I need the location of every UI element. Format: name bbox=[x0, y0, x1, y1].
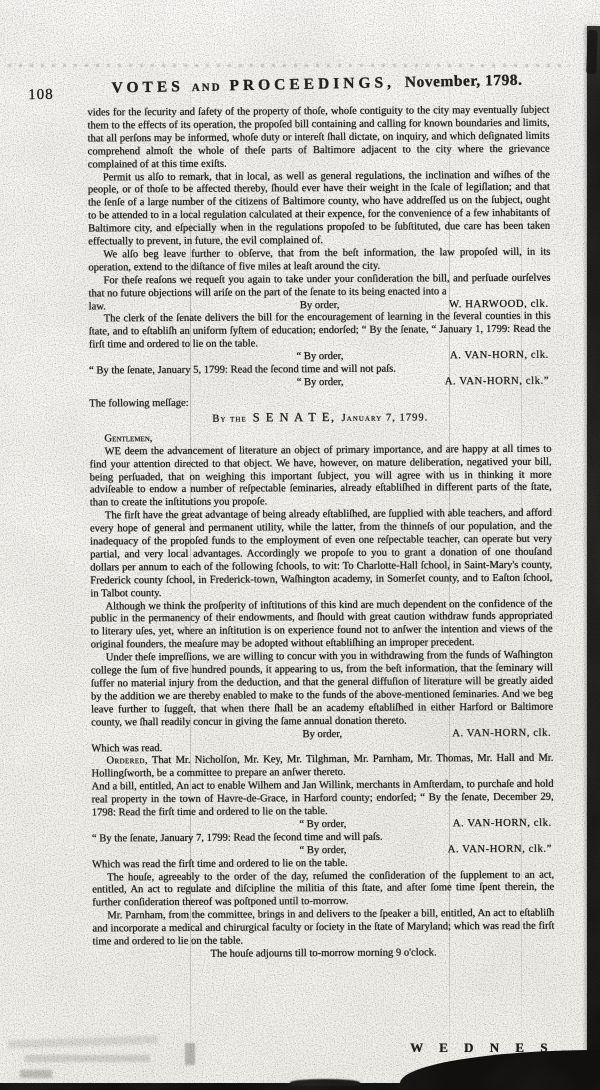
right-scan-band bbox=[587, 26, 600, 1090]
body-paragraph: For theſe reaſons we requeſt you again t… bbox=[88, 272, 550, 301]
scan-blob bbox=[586, 30, 598, 74]
body-paragraph: We alſo beg leave further to obſerve, th… bbox=[88, 247, 550, 276]
by-order-label: “ By order, bbox=[299, 845, 346, 858]
by-order-label: By order, bbox=[302, 729, 342, 742]
body-paragraph: The clerk of the ſenate delivers the bil… bbox=[89, 311, 551, 353]
clerk-signature: A. VAN-HORN, clk. bbox=[452, 727, 551, 741]
clerk-signature: A. VAN-HORN, clk. bbox=[453, 818, 552, 832]
heading-prefix: By the bbox=[212, 413, 252, 424]
heading-senate: S E N A T E, bbox=[253, 410, 342, 425]
clerk-signature: A. VAN-HORN, clk.” bbox=[445, 376, 549, 390]
body-paragraph: WE deem the advancement of literature an… bbox=[89, 443, 551, 510]
bottom-corner-shadow bbox=[400, 1050, 600, 1090]
by-order-label: “ By order, bbox=[297, 377, 344, 390]
body-paragraph: Permit us alſo to remark, that in local,… bbox=[88, 169, 550, 249]
paragraph-text: For theſe reaſons we requeſt you again t… bbox=[88, 272, 550, 299]
body-paragraph: Although we think the proſperity of inſt… bbox=[90, 598, 552, 652]
page-header: 108 VOTES AND PROCEEDINGS, November, 179… bbox=[28, 71, 560, 99]
paragraph-text: “ By the ſenate, January 5, 1799: Read t… bbox=[89, 364, 396, 377]
paragraph-text: Mr. Parnham, from the committee, brings … bbox=[92, 908, 554, 948]
smudge bbox=[25, 1055, 150, 1062]
scan-streak bbox=[8, 64, 570, 67]
by-order-label: By order, bbox=[300, 299, 340, 312]
title-votes: VOTES bbox=[111, 78, 184, 96]
body-paragraph: Ordered, That Mr. Nicholſon, Mr. Key, Mr… bbox=[91, 753, 553, 782]
clerk-signature: A. VAN-HORN, clk.” bbox=[448, 843, 552, 857]
heading-date: January 7, 1799. bbox=[341, 412, 428, 424]
clerk-signature: W. HARWOOD, clk. bbox=[449, 298, 549, 312]
signature-left-text: law. bbox=[89, 301, 106, 314]
body-paragraph: vides for the ſecurity and ſafety of the… bbox=[87, 105, 549, 172]
paragraph-text: Under theſe impreſſions, we are willing … bbox=[91, 650, 553, 728]
paragraph-text: Gentlemen, bbox=[104, 433, 152, 444]
paragraph-text: The houſe, agreeably to the order of the… bbox=[92, 869, 554, 909]
body-paragraph: The houſe, agreeably to the order of the… bbox=[92, 869, 554, 911]
by-order-label: “ By order, bbox=[299, 819, 346, 832]
paragraph-text: WE deem the advancement of literature an… bbox=[90, 443, 552, 508]
title-proceedings: PROCEEDINGS, bbox=[229, 74, 395, 94]
paragraph-text: The clerk of the ſenate delivers the bil… bbox=[89, 311, 551, 351]
catchword: W E D N E S bbox=[0, 1040, 554, 1056]
body-paragraph: And a bill, entitled, An act to enable W… bbox=[92, 779, 554, 821]
paragraph-text: The firſt have the great advantage of be… bbox=[90, 508, 552, 599]
scanned-document-page: 108 VOTES AND PROCEEDINGS, November, 179… bbox=[0, 0, 600, 1090]
page-title: VOTES AND PROCEEDINGS, November, 1798. bbox=[28, 71, 560, 99]
paragraph-text: vides for the ſecurity and ſafety of the… bbox=[87, 105, 549, 170]
by-order-label: “ By order, bbox=[296, 351, 343, 364]
body-paragraph: Mr. Parnham, from the committee, brings … bbox=[92, 908, 554, 950]
body-paragraph: Under theſe impreſſions, we are willing … bbox=[91, 650, 553, 730]
paragraph-text: The houſe adjourns till to-morrow mornin… bbox=[210, 947, 436, 959]
paragraph-text: Which was read. bbox=[91, 743, 162, 754]
title-and: AND bbox=[188, 81, 226, 94]
paragraph-text: “ By the ſenate, January 7, 1799: Read t… bbox=[92, 831, 383, 844]
title-date: November, 1798. bbox=[399, 72, 523, 91]
smudge bbox=[20, 1070, 52, 1078]
paragraph-text: We alſo beg leave further to obſerve, th… bbox=[88, 247, 550, 274]
paragraph-lead: Ordered, bbox=[106, 755, 148, 766]
bottom-scan-bump bbox=[290, 1079, 360, 1086]
paragraph-text: Although we think the proſperity of inſt… bbox=[90, 598, 552, 651]
paragraph-text: The following meſſage: bbox=[89, 398, 189, 410]
page-number: 108 bbox=[28, 87, 54, 104]
clerk-signature: A. VAN-HORN, clk. bbox=[450, 350, 549, 364]
document-body: vides for the ſecurity and ſafety of the… bbox=[87, 105, 554, 963]
paragraph-text: Permit us alſo to remark, that in local,… bbox=[88, 169, 550, 247]
paragraph-text: And a bill, entitled, An act to enable W… bbox=[92, 779, 554, 819]
paragraph-text: That Mr. Nicholſon, Mr. Key, Mr. Tilghma… bbox=[91, 753, 553, 780]
body-paragraph: The firſt have the great advantage of be… bbox=[90, 508, 553, 601]
paragraph-text: Which was read the firſt time and ordere… bbox=[92, 857, 348, 870]
